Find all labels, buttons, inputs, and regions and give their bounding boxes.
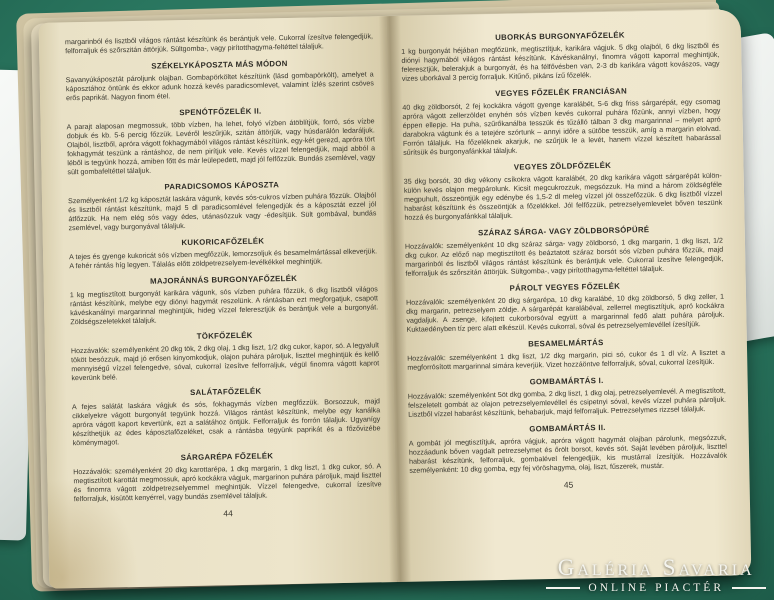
section-heading: PÁROLT VEGYES FŐZELÉK: [406, 280, 724, 295]
watermark-title: Galéria Savaria: [546, 556, 766, 579]
photo-background: { "scene": { "background_color": "#2a776…: [0, 0, 774, 600]
section-body: A parajt alaposan megmossuk, több vízben…: [67, 117, 376, 177]
section-heading: SZÉKELYKÁPOSZTA MÁS MÓDON: [65, 57, 373, 72]
galeria-savaria-watermark: Galéria Savaria ONLINE PIACTÉR: [546, 556, 766, 594]
section-heading: GOMBAMÁRTÁS II.: [408, 421, 726, 436]
section-body: 1 kg megtisztított burgonyát karikára vá…: [70, 285, 379, 327]
section-heading: MAJORÁNNÁS BURGONYAFŐZELÉK: [70, 272, 378, 287]
section-body: A fejes salátát laskára vágjuk és sós, f…: [72, 397, 381, 448]
section-body: 40 dkg zöldborsót, 2 fej kockákra vágott…: [402, 98, 721, 158]
watermark-rule-left: [546, 587, 580, 589]
open-cookbook: margarinból és lisztből világos rántást …: [39, 9, 752, 588]
section-body: Hozzávalók: személyenként 1 dkg liszt, 1…: [407, 349, 725, 373]
section-body: 1 kg burgonyát héjában megfőzünk, megtis…: [401, 42, 720, 84]
section-body: Hozzávalók: személyenként 10 dkg száraz …: [405, 237, 724, 279]
left-page: margarinból és lisztből világos rántást …: [39, 16, 398, 589]
section-body: Hozzávalók: személyenként 20 dkg tök, 2 …: [71, 341, 380, 383]
section-body: Személyenként 1/2 kg káposztát laskára v…: [68, 191, 377, 233]
section-heading: BESAMELMÁRTÁS: [407, 336, 725, 351]
page-number-left: 44: [74, 505, 382, 521]
section-heading: KUKORICAFŐZELÉK: [69, 234, 377, 249]
section-body: Hozzávalók: személyenként 5öt dkg gomba,…: [408, 387, 726, 420]
watermark-subtitle: ONLINE PIACTÉR: [588, 582, 724, 594]
watermark-rule-right: [732, 587, 766, 589]
section-body: 35 dkg borsót, 30 dkg vékony csíkokra vá…: [404, 172, 723, 223]
section-heading: TÖKFŐZELÉK: [71, 328, 379, 343]
section-heading: SALÁTAFŐZELÉK: [72, 384, 380, 399]
section-body: Hozzávalók: személyenként 20 dkg sárgaré…: [406, 293, 725, 335]
section-heading: SÁRGARÉPA FŐZELÉK: [73, 449, 381, 464]
section-heading: SZÁRAZ SÁRGA- VAGY ZÖLDBORSÓPÜRÉ: [405, 224, 723, 239]
section-body: A gombát jól megtisztítjuk, apróra vágju…: [409, 434, 728, 476]
right-page: UBORKÁS BURGONYAFŐZELÉK 1 kg burgonyát h…: [387, 9, 752, 582]
section-heading: VEGYES FŐZELÉK FRANCIÁSAN: [402, 85, 720, 100]
section-body: Savanyúkáposztát pároljunk olajban. Gomb…: [66, 70, 374, 103]
section-heading: SPENÓTFŐZELÉK II.: [66, 104, 374, 119]
section-heading: UBORKÁS BURGONYAFŐZELÉK: [401, 29, 719, 44]
section-body: A tejes és gyenge kukoricát sós vízben m…: [69, 247, 377, 271]
section-body: margarinból és lisztből világos rántást …: [65, 32, 373, 56]
section-heading: VEGYES ZÖLDFŐZELÉK: [403, 159, 721, 174]
section-body: Hozzávalók: személyenként 20 dkg karotta…: [73, 462, 382, 504]
page-number-right: 45: [410, 477, 728, 493]
section-heading: PARADICSOMOS KÁPOSZTA: [68, 178, 376, 193]
section-heading: GOMBAMÁRTÁS I.: [408, 374, 726, 389]
